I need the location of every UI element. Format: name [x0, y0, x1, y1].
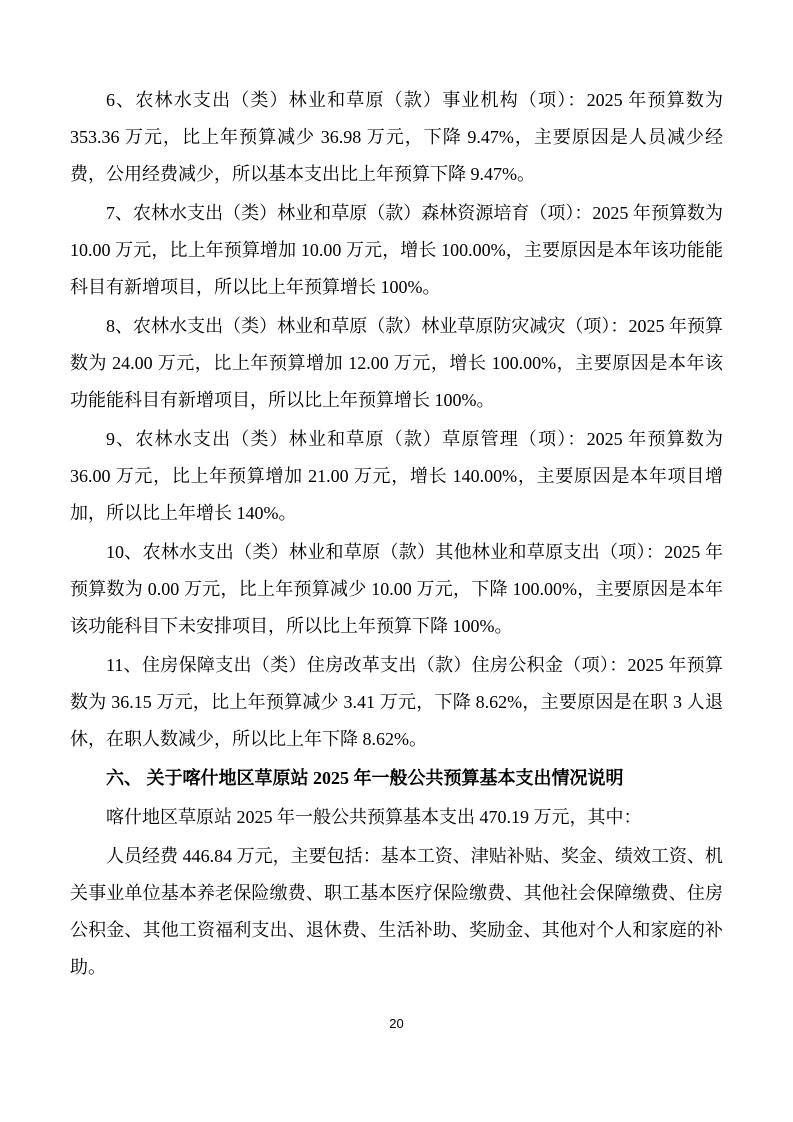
budget-item-paragraph-11: 11、住房保障支出（类）住房改革支出（款）住房公积金（项）：2025 年预算数为… [70, 647, 723, 758]
basic-expenditure-intro-paragraph: 喀什地区草原站 2025 年一般公共预算基本支出 470.19 万元，其中： [70, 799, 723, 836]
section-six-heading: 六、 关于喀什地区草原站 2025 年一般公共预算基本支出情况说明 [70, 760, 723, 797]
budget-item-paragraph-9: 9、农林水支出（类）林业和草原（款）草原管理（项）：2025 年预算数为 36.… [70, 421, 723, 532]
document-page: 6、农林水支出（类）林业和草原（款）事业机构（项）：2025 年预算数为 353… [0, 0, 793, 1122]
personnel-expense-paragraph: 人员经费 446.84 万元，主要包括：基本工资、津贴补贴、奖金、绩效工资、机关… [70, 838, 723, 986]
budget-item-paragraph-6: 6、农林水支出（类）林业和草原（款）事业机构（项）：2025 年预算数为 353… [70, 82, 723, 193]
budget-item-paragraph-10: 10、农林水支出（类）林业和草原（款）其他林业和草原支出（项）：2025 年预算… [70, 534, 723, 645]
budget-item-paragraph-8: 8、农林水支出（类）林业和草原（款）林业草原防灾减灾（项）：2025 年预算数为… [70, 308, 723, 419]
budget-item-paragraph-7: 7、农林水支出（类）林业和草原（款）森林资源培育（项）：2025 年预算数为 1… [70, 195, 723, 306]
page-number: 20 [0, 1016, 793, 1031]
document-body: 6、农林水支出（类）林业和草原（款）事业机构（项）：2025 年预算数为 353… [70, 82, 723, 988]
